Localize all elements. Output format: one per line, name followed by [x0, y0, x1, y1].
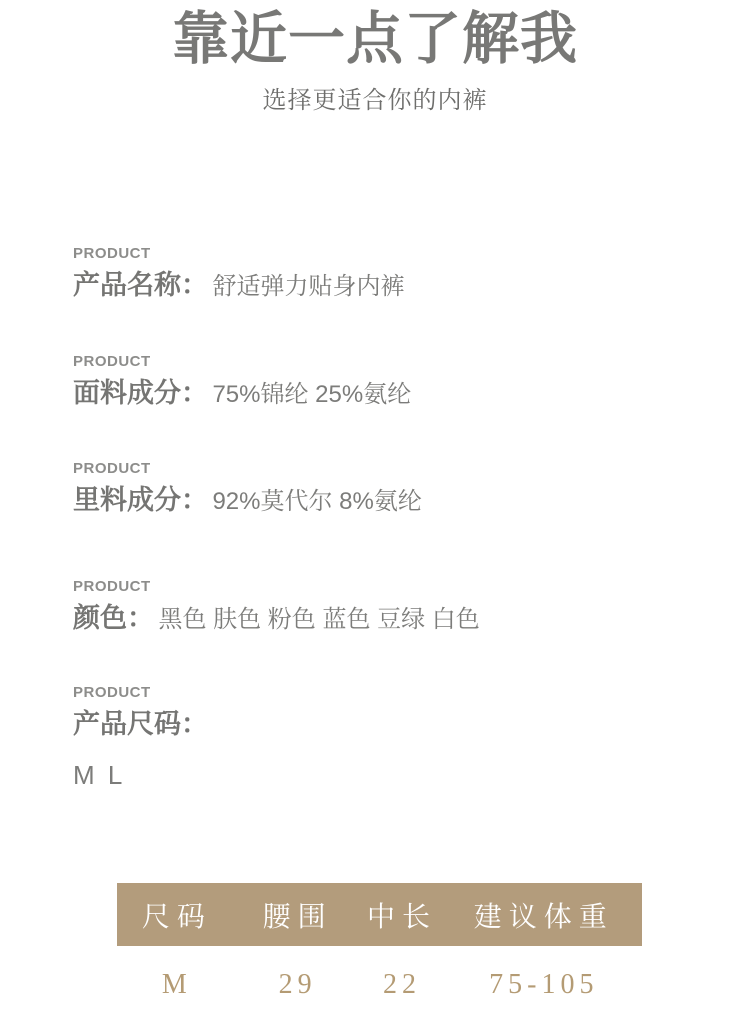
section-eyebrow: PRODUCT [73, 245, 693, 262]
section-product-name: PRODUCT 产品名称： 舒适弹力贴身内裤 [73, 245, 693, 307]
section-row: 面料成分： 75%锦纶 25%氨纶 [73, 376, 693, 415]
section-value: 舒适弹力贴身内裤 [212, 273, 404, 300]
cell-size: M [117, 969, 237, 1001]
section-value: 92%莫代尔 8%氨纶 [212, 488, 421, 515]
section-colors: PRODUCT 颜色： 黑色 肤色 粉色 蓝色 豆绿 白色 [73, 578, 693, 640]
section-label: 产品名称： [73, 270, 208, 300]
section-label: 颜色： [73, 603, 154, 633]
section-value: 75%锦纶 25%氨纶 [212, 381, 411, 408]
section-row: 产品尺码： [73, 707, 693, 746]
section-eyebrow: PRODUCT [73, 460, 693, 477]
section-eyebrow: PRODUCT [73, 578, 693, 595]
cell-suggested-weight: 75-105 [446, 969, 642, 1001]
size-chart-data-row: M 29 22 75-105 [117, 969, 642, 1001]
header-size: 尺码 [117, 895, 237, 935]
page-title: 靠近一点了解我 [0, 11, 750, 68]
section-row: 里料成分： 92%莫代尔 8%氨纶 [73, 483, 693, 522]
size-chart-table: 尺码 腰围 中长 建议体重 M 29 22 75-105 [117, 883, 642, 1001]
page-subtitle: 选择更适合你的内裤 [0, 87, 750, 115]
cell-waist: 29 [237, 969, 359, 1001]
header-waist: 腰围 [237, 895, 359, 935]
header-suggested-weight: 建议体重 [446, 895, 642, 935]
section-eyebrow: PRODUCT [73, 353, 693, 370]
section-label: 里料成分： [73, 485, 208, 515]
header-mid-length: 中长 [358, 895, 445, 935]
section-eyebrow: PRODUCT [73, 684, 693, 701]
section-row: 产品名称： 舒适弹力贴身内裤 [73, 268, 693, 307]
size-chart-header-row: 尺码 腰围 中长 建议体重 [117, 883, 642, 946]
section-sizes: PRODUCT 产品尺码： M L [73, 684, 693, 791]
section-row: 颜色： 黑色 肤色 粉色 蓝色 豆绿 白色 [73, 601, 693, 640]
section-label: 面料成分： [73, 378, 208, 408]
cell-mid-length: 22 [358, 969, 445, 1001]
section-outer-fabric: PRODUCT 面料成分： 75%锦纶 25%氨纶 [73, 353, 693, 415]
section-lining-fabric: PRODUCT 里料成分： 92%莫代尔 8%氨纶 [73, 460, 693, 522]
available-sizes: M L [73, 760, 693, 791]
section-value: 黑色 肤色 粉色 蓝色 豆绿 白色 [158, 606, 479, 633]
section-label: 产品尺码： [73, 709, 208, 739]
